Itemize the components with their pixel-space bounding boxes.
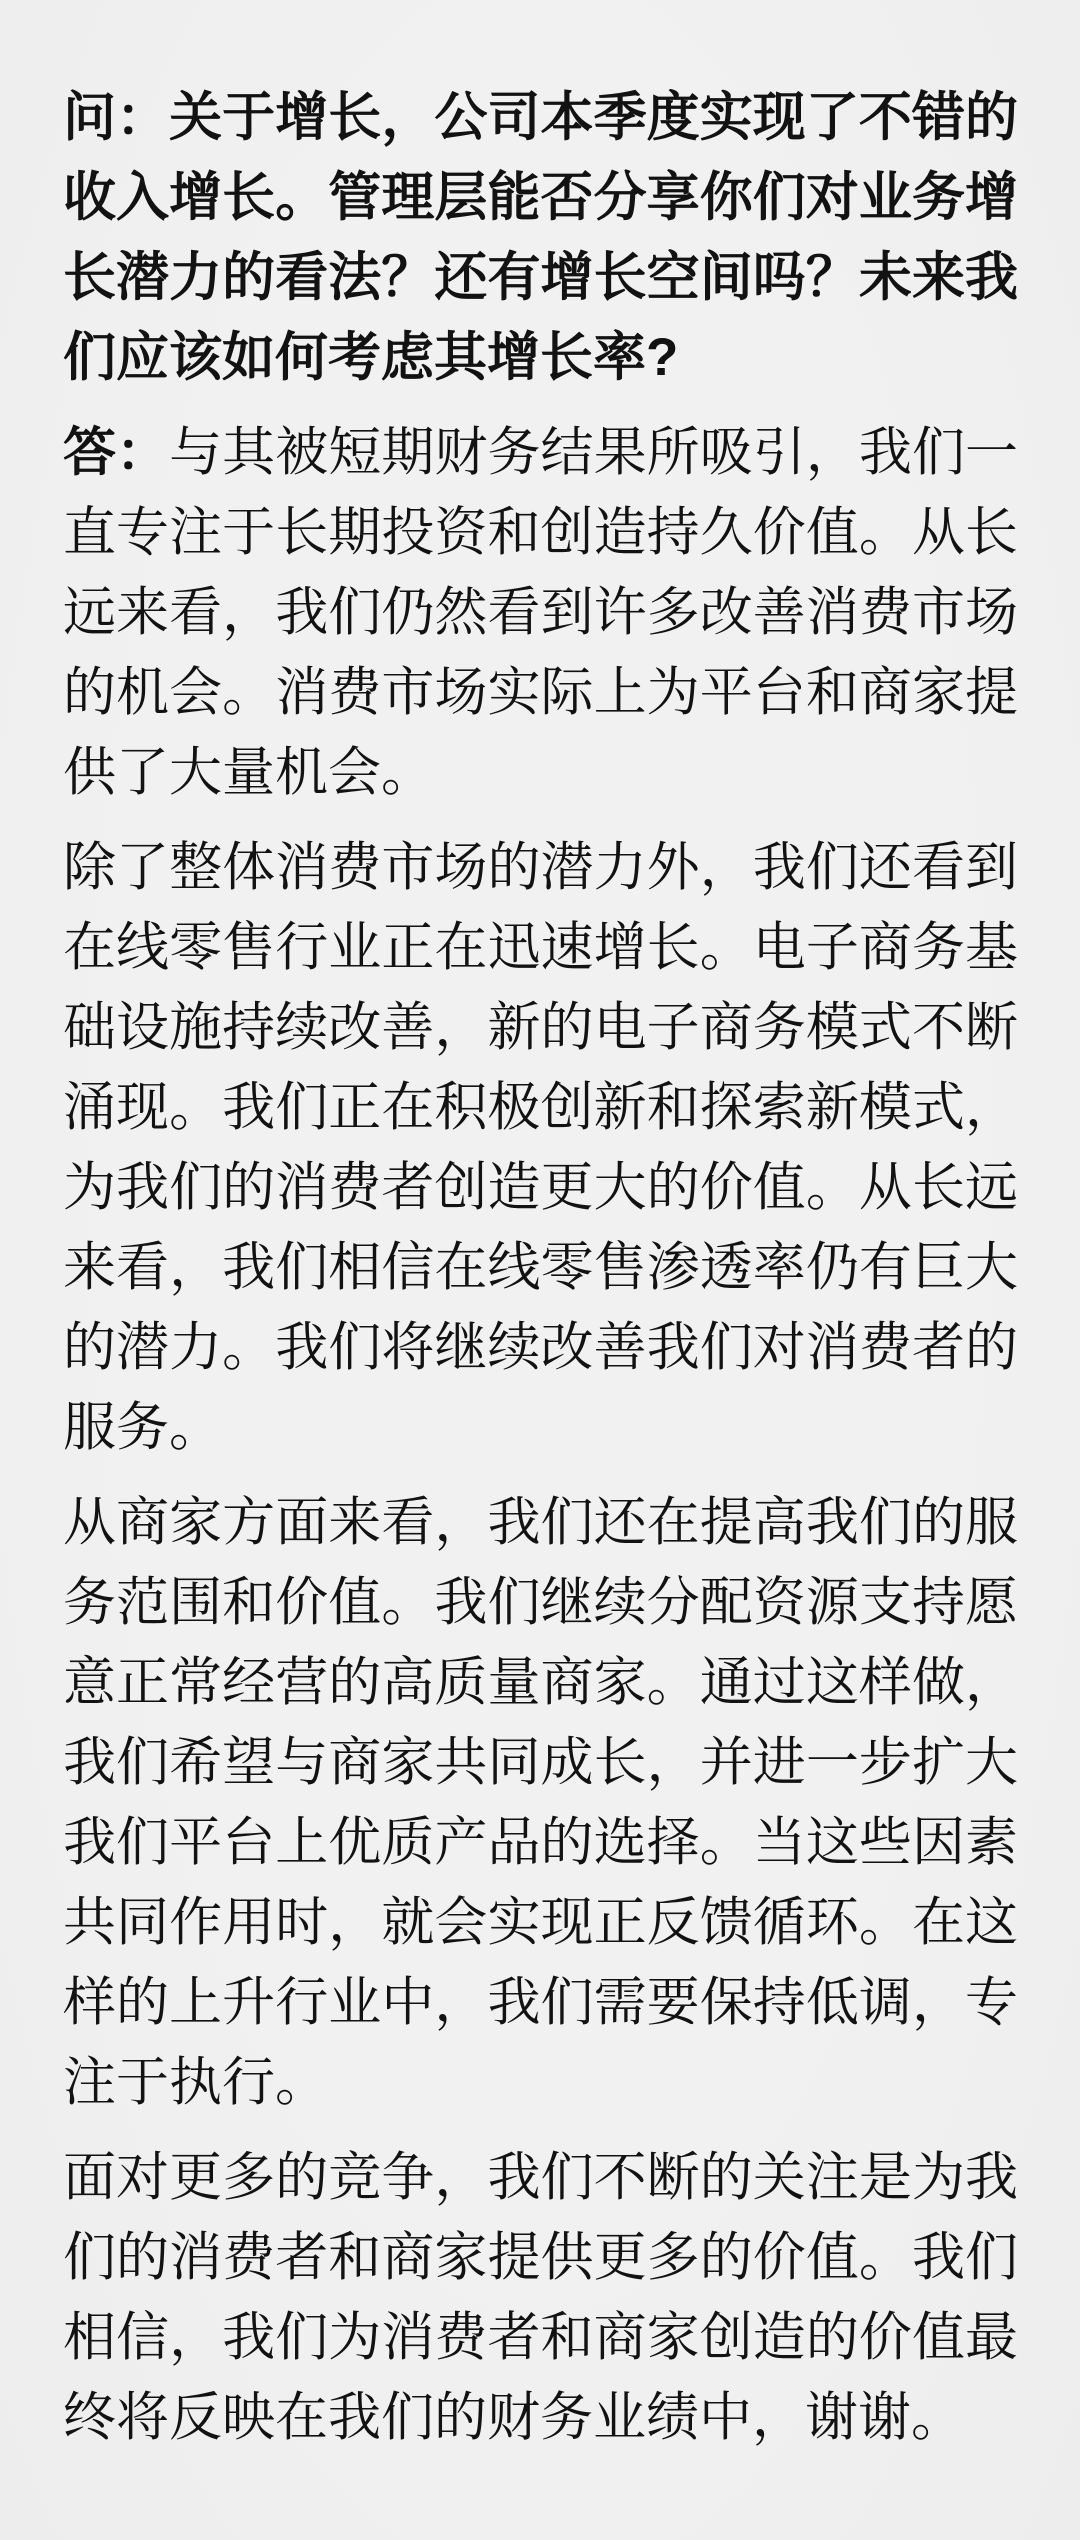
answer-paragraph-2: 除了整体消费市场的潜力外，我们还看到在线零售行业正在迅速增长。电子商务基础设施持… [63,828,1018,1468]
answer-paragraph-3: 从商家方面来看，我们还在提高我们的服务范围和价值。我们继续分配资源支持愿意正常经… [63,1483,1018,2123]
question-prefix-label: 问： [63,88,169,147]
answer-paragraph-4: 面对更多的竞争，我们不断的关注是为我们的消费者和商家提供更多的价值。我们相信，我… [63,2138,1018,2458]
question-text: 关于增长，公司本季度实现了不错的收入增长。管理层能否分享你们对业务增长潜力的看法… [63,88,1018,387]
document-page: 问：关于增长，公司本季度实现了不错的收入增长。管理层能否分享你们对业务增长潜力的… [0,0,1080,2540]
question-paragraph: 问：关于增长，公司本季度实现了不错的收入增长。管理层能否分享你们对业务增长潜力的… [63,78,1018,398]
answer-paragraph-1: 答：与其被短期财务结果所吸引，我们一直专注于长期投资和创造持久价值。从长远来看，… [63,413,1018,813]
answer-text-1: 与其被短期财务结果所吸引，我们一直专注于长期投资和创造持久价值。从长远来看，我们… [63,423,1018,802]
answer-prefix-label: 答： [63,423,169,482]
